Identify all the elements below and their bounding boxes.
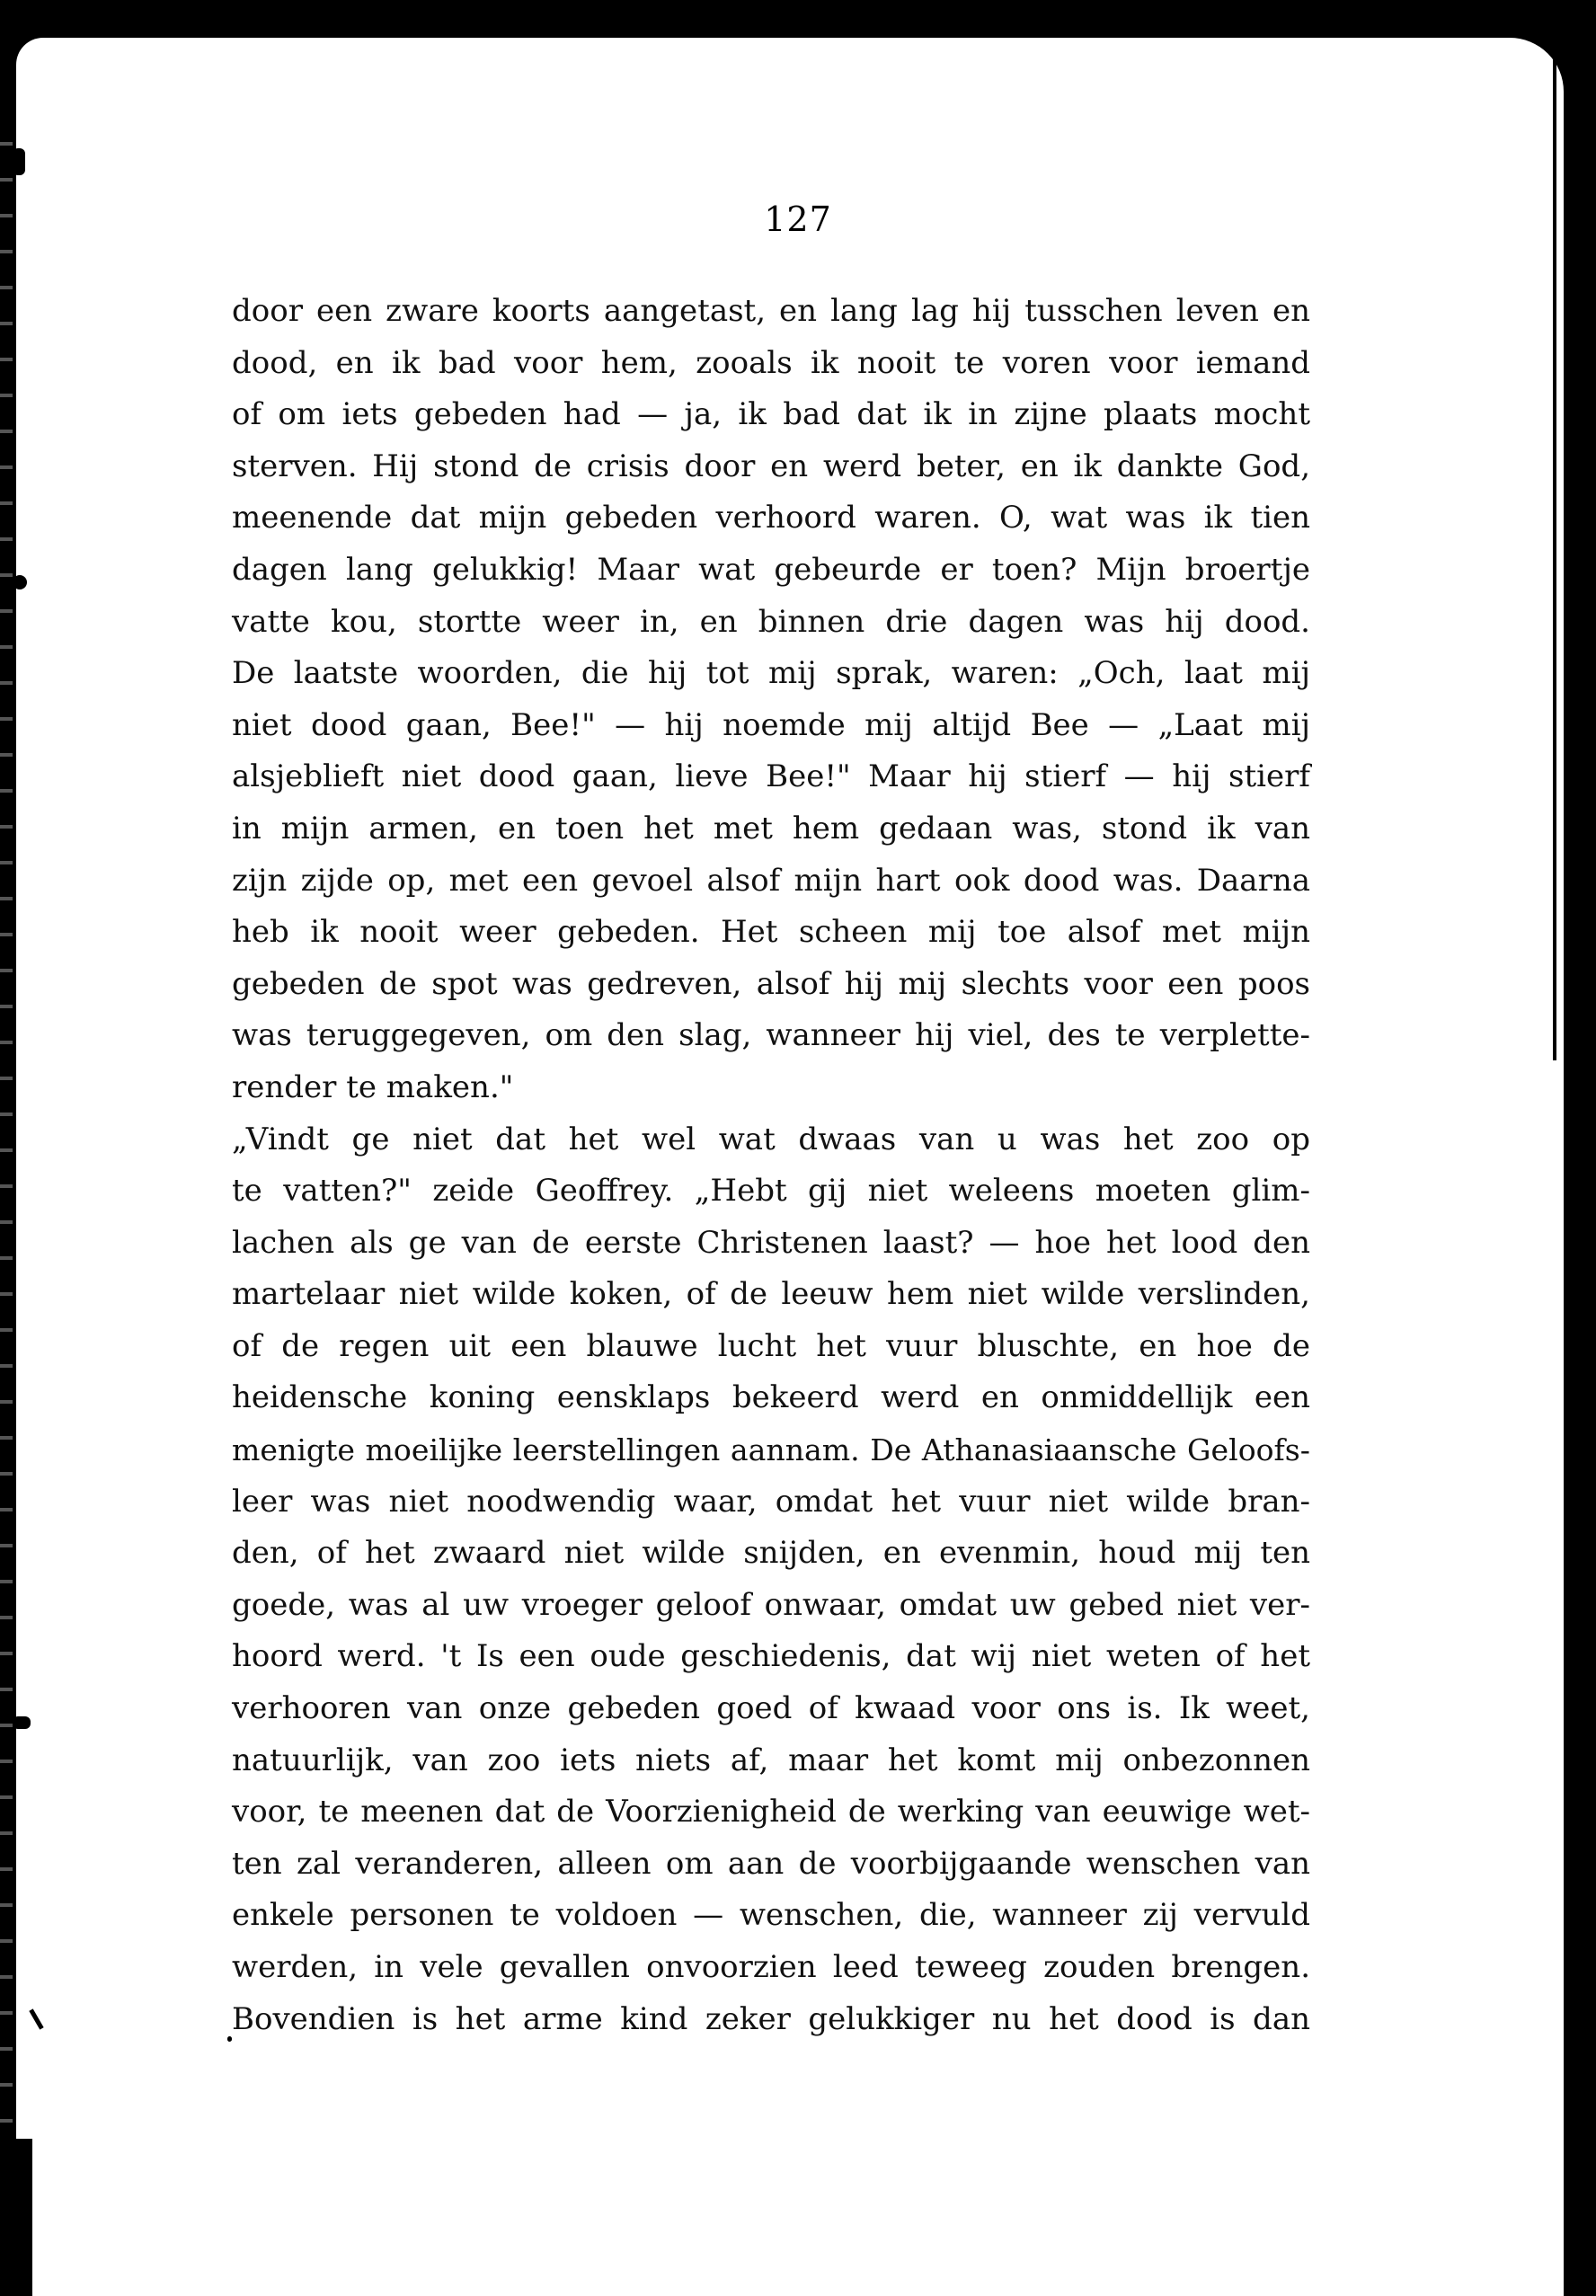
scan-artifact-mark: [13, 575, 27, 590]
text-line: goede, was al uw vroeger geloof onwaar, …: [232, 1580, 1310, 1632]
text-line: alsjeblieft niet dood gaan, lieve Bee!" …: [232, 751, 1310, 803]
text-line: verhooren van onze gebeden goed of kwaad…: [232, 1683, 1310, 1735]
page-number: 127: [0, 199, 1596, 239]
text-line: ten zal veranderen, alleen om aan de voo…: [232, 1839, 1310, 1891]
text-line: niet dood gaan, Bee!" — hij noemde mij a…: [232, 700, 1310, 752]
page-edge-right: [1565, 45, 1596, 2296]
text-line: of de regen uit een blauwe lucht het vuu…: [232, 1321, 1310, 1373]
text-line: sterven. Hij stond de crisis door en wer…: [232, 441, 1310, 493]
text-line: voor, te meenen dat de Voorzienigheid de…: [232, 1786, 1310, 1839]
text-line: in mijn armen, en toen het met hem gedaa…: [232, 803, 1310, 855]
text-line: De laatste woorden, die hij tot mij spra…: [232, 648, 1310, 700]
text-line: enkele personen te voldoen — wenschen, d…: [232, 1890, 1310, 1942]
text-line: lachen als ge van de eerste Christenen l…: [232, 1218, 1310, 1270]
text-line: martelaar niet wilde koken, of de leeuw …: [232, 1269, 1310, 1321]
body-text: door een zware koorts aangetast, en lang…: [232, 286, 1310, 2045]
text-line: door een zware koorts aangetast, en lang…: [232, 286, 1310, 338]
text-line: hoord werd. 't Is een oude geschiedenis,…: [232, 1631, 1310, 1683]
text-line: te vatten?" zeide Geoffrey. „Hebt gij ni…: [232, 1166, 1310, 1218]
text-line: vatte kou, stortte weer in, en binnen dr…: [232, 597, 1310, 649]
text-line: dagen lang gelukkig! Maar wat gebeurde e…: [232, 545, 1310, 597]
text-line: of om iets gebeden had — ja, ik bad dat …: [232, 389, 1310, 441]
text-line: render te maken.": [232, 1062, 1310, 1114]
text-line: gebeden de spot was gedreven, alsof hij …: [232, 959, 1310, 1011]
text-line: dood, en ik bad voor hem, zooals ik nooi…: [232, 338, 1310, 390]
scan-artifact-mark: [13, 148, 25, 175]
text-line: heidensche koning eensklaps bekeerd werd…: [232, 1372, 1310, 1424]
page-edge-left: [0, 126, 13, 2296]
text-line: natuurlijk, van zoo iets niets af, maar …: [232, 1735, 1310, 1787]
scan-artifact-mark: [13, 1716, 31, 1729]
text-line: den, of het zwaard niet wilde snijden, e…: [232, 1528, 1310, 1580]
text-line: meenende dat mijn gebeden verhoord waren…: [232, 492, 1310, 545]
text-line: Bovendien is het arme kind zeker gelukki…: [232, 1994, 1310, 2046]
text-line: leer was niet noodwendig waar, omdat het…: [232, 1476, 1310, 1529]
text-line: werden, in vele gevallen onvoorzien leed…: [232, 1942, 1310, 1994]
text-line: zijn zijde op, met een gevoel alsof mijn…: [232, 855, 1310, 908]
page-edge-left-bottom: [0, 2139, 32, 2296]
text-line: „Vindt ge niet dat het wel wat dwaas van…: [232, 1114, 1310, 1166]
text-line: heb ik nooit weer gebeden. Het scheen mi…: [232, 907, 1310, 959]
text-line: was teruggegeven, om den slag, wanneer h…: [232, 1010, 1310, 1062]
text-line: menigte moeilijke leerstellingen aannam.…: [232, 1424, 1310, 1476]
